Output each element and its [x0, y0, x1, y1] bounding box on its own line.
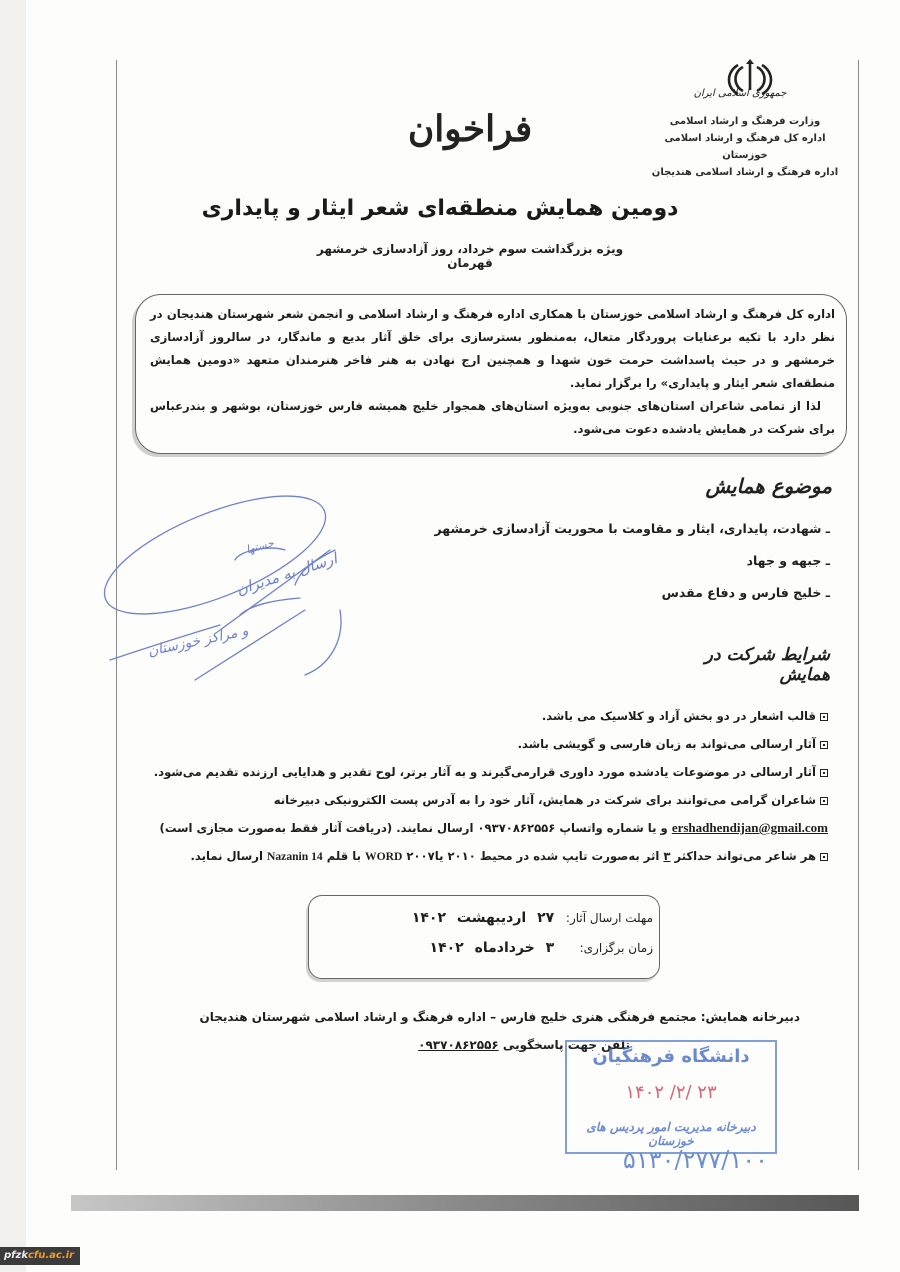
handwritten-line: جستها	[245, 536, 276, 556]
condition-item: شاعران گرامی می‌توانند برای شرکت در همای…	[140, 786, 828, 814]
phone-number: ۰۹۳۷۰۸۶۲۵۵۶	[418, 1038, 499, 1052]
conditions-heading: شرایط شرکت در همایش	[660, 645, 830, 685]
topics-list: شهادت، پایداری، ایثار و مقاومت با محوریت…	[340, 513, 830, 609]
intro-paragraph-1: اداره کل فرهنگ و ارشاد اسلامی خوزستان با…	[150, 303, 835, 395]
topics-heading: موضوع همایش	[690, 474, 832, 498]
registration-number: ۵۱۳۰/۲۷۷/۱۰۰	[548, 1146, 768, 1174]
scan-page-edge	[0, 0, 26, 1272]
deadline-row: مهلت ارسال آثار: ۲۷ اردیبهشت ۱۴۰۲	[412, 910, 653, 926]
intro-paragraph-2: لذا از تمامی شاعران استان‌های جنوبی به‌و…	[150, 395, 835, 441]
condition-text: آثار ارسالی می‌تواند به زبان فارسی و گوی…	[518, 737, 816, 751]
deadline-label: مهلت ارسال آثار:	[558, 911, 653, 925]
checkbox-bullet-icon	[820, 713, 828, 721]
intro-text-part: اداره کل فرهنگ و ارشاد اسلامی خوزستان با…	[150, 307, 835, 367]
condition-item: آثار ارسالی در موضوعات یادشده مورد داوری…	[140, 758, 828, 786]
emblem-caption: جمهوری اسلامی ایران	[690, 88, 790, 99]
event-title: دومین همایش منطقه‌ای شعر ایثار و پایداری	[200, 196, 680, 221]
deadline-value: ۲۷ اردیبهشت ۱۴۰۲	[412, 910, 554, 926]
condition-item: آثار ارسالی می‌تواند به زبان فارسی و گوی…	[140, 730, 828, 758]
ministry-block: وزارت فرهنگ و ارشاد اسلامی اداره کل فرهن…	[640, 113, 850, 181]
site-watermark: pfzkcfu.ac.ir	[0, 1247, 80, 1265]
watermark-part: cfu.ac.ir	[28, 1250, 74, 1261]
condition-text: اثر به‌صورت تایپ شده در محیط ۲۰۱۰ یا۲۰۰۷	[406, 849, 659, 863]
intro-text: اداره کل فرهنگ و ارشاد اسلامی خوزستان با…	[150, 303, 835, 441]
topic-item: خلیج فارس و دفاع مقدس	[340, 577, 830, 609]
handwritten-note: ارسال به مدیران جستها و مراکز خوزستان	[100, 490, 380, 690]
intro-text-part: » را برگزار نماید.	[570, 376, 668, 390]
footer-bar	[71, 1195, 859, 1211]
call-title: فراخوان	[385, 108, 555, 150]
topic-item: جبهه و جهاد	[340, 545, 830, 577]
condition-text: هر شاعر می‌تواند حداکثر	[674, 849, 816, 863]
dates-box	[308, 895, 660, 979]
condition-text: و یا شماره واتساپ ۰۹۳۷۰۸۶۲۵۵۶ ارسال نمای…	[160, 821, 668, 835]
email-link[interactable]: ershadhendijan@gmail.com	[672, 820, 828, 835]
condition-text: با قلم	[327, 849, 361, 863]
max-works-count: ۳	[663, 849, 670, 863]
ministry-line: اداره کل فرهنگ و ارشاد اسلامی خوزستان	[640, 130, 850, 164]
secretariat-line: دبیرخانه همایش: مجتمع فرهنگی هنری خلیج ف…	[150, 1005, 800, 1029]
condition-text: ارسال نماید.	[191, 849, 263, 863]
handwritten-line: ارسال به مدیران	[234, 549, 341, 599]
watermark-part: pfzk	[4, 1250, 28, 1261]
checkbox-bullet-icon	[820, 853, 828, 861]
event-date-value: ۳ خردادماه ۱۴۰۲	[430, 940, 555, 956]
frame-line-right	[858, 60, 859, 1170]
font-requirement: Nazanin 14	[267, 850, 323, 863]
condition-item-email: ershadhendijan@gmail.com و یا شماره واتس…	[140, 814, 828, 842]
condition-item: هر شاعر می‌تواند حداکثر ۳ اثر به‌صورت تا…	[140, 842, 828, 871]
software-name: WORD	[365, 850, 402, 863]
checkbox-bullet-icon	[820, 741, 828, 749]
ministry-line: وزارت فرهنگ و ارشاد اسلامی	[640, 113, 850, 130]
stamp-title: دانشگاه فرهنگیان	[567, 1046, 775, 1067]
stamp-date: ۱۴۰۲ /۲/ ۲۳	[567, 1082, 775, 1103]
university-stamp: دانشگاه فرهنگیان ۱۴۰۲ /۲/ ۲۳ دبیرخانه مد…	[565, 1040, 777, 1154]
condition-text: آثار ارسالی در موضوعات یادشده مورد داوری…	[154, 765, 816, 779]
topic-item: شهادت، پایداری، ایثار و مقاومت با محوریت…	[340, 513, 830, 545]
event-date-row: زمان برگزاری: ۳ خردادماه ۱۴۰۲	[430, 940, 653, 956]
event-subtitle: ویژه بزرگداشت سوم خرداد، روز آزادسازی خر…	[300, 242, 640, 270]
condition-item: قالب اشعار در دو بخش آزاد و کلاسیک می با…	[140, 702, 828, 730]
stamp-footer: دبیرخانه مدیریت امور پردیس های خوزستان	[567, 1120, 775, 1148]
event-date-label: زمان برگزاری:	[558, 941, 653, 955]
checkbox-bullet-icon	[820, 769, 828, 777]
condition-text: شاعران گرامی می‌توانند برای شرکت در همای…	[274, 793, 816, 807]
condition-text: قالب اشعار در دو بخش آزاد و کلاسیک می با…	[542, 709, 816, 723]
ministry-line: اداره فرهنگ و ارشاد اسلامی هندیجان	[640, 164, 850, 181]
checkbox-bullet-icon	[820, 797, 828, 805]
conditions-list: قالب اشعار در دو بخش آزاد و کلاسیک می با…	[140, 702, 828, 871]
